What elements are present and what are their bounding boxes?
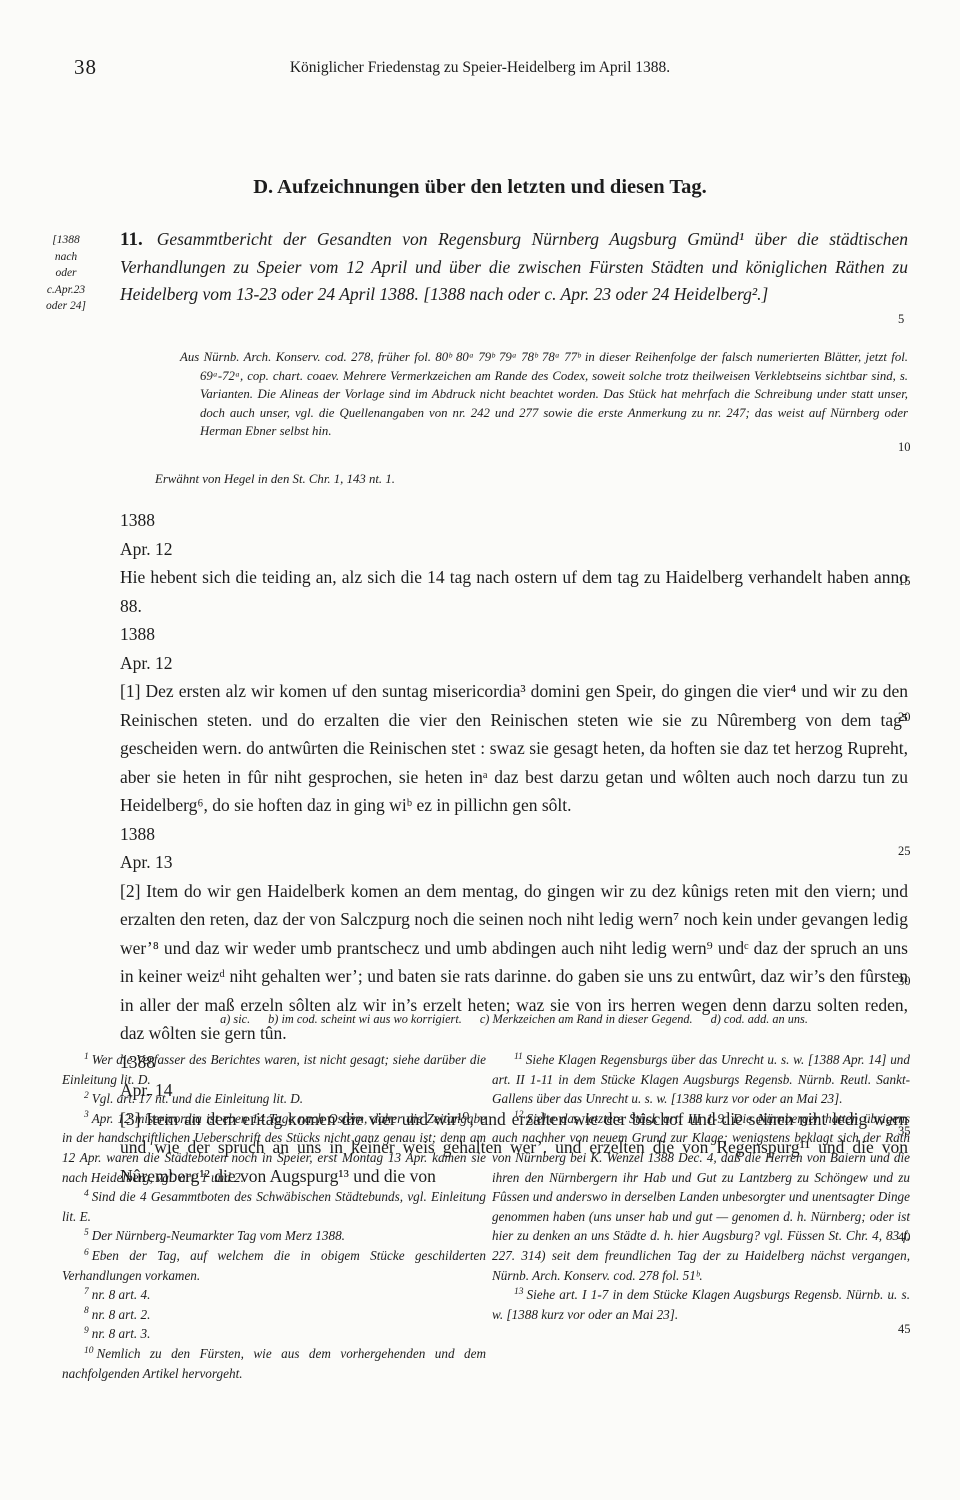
apparatus-item: c) Merkzeichen am Rand in dieser Gegend. <box>471 1012 702 1026</box>
footnote-text: Siehe Klagen Regensburgs über das Unrech… <box>492 1052 910 1106</box>
footnote-number: 10 <box>84 1346 97 1356</box>
footnote-number: 11 <box>514 1052 526 1062</box>
footnote-number: 1 <box>84 1052 92 1062</box>
footnote-text: Apr. 12 misericordia ist eben 14 Tage na… <box>62 1111 486 1185</box>
footnote-text: nr. 8 art. 4. <box>92 1287 151 1302</box>
body-paragraph-text: [1] Dez ersten alz wir komen uf den sunt… <box>120 681 908 815</box>
line-number: 20 <box>898 710 928 725</box>
footnote: 6Eben der Tag, auf welchem die in obigem… <box>62 1246 486 1285</box>
section-title: D. Aufzeichnungen über den letzten und d… <box>0 176 960 199</box>
footnote: 12Siehe das letztere Stück art. III 1-9.… <box>492 1109 910 1285</box>
source-note: Aus Nürnb. Arch. Konserv. cod. 278, früh… <box>180 348 908 441</box>
apparatus-item: b) im cod. scheint wi aus wo korrigiert. <box>259 1012 471 1026</box>
entry-margin-line: oder <box>20 265 112 282</box>
entry-heading: 11.Gesammtbericht der Gesandten von Rege… <box>120 226 908 309</box>
entry-margin-line: oder 24] <box>20 298 112 315</box>
footnote-number: 7 <box>84 1287 92 1297</box>
footnote-text: nr. 8 art. 2. <box>92 1307 151 1322</box>
line-number: 45 <box>898 1322 928 1337</box>
footnote-number: 13 <box>514 1287 527 1297</box>
body-paragraph-text: Hie hebent sich die teiding an, alz sich… <box>120 567 908 616</box>
line-number: 10 <box>898 440 928 455</box>
footnote: 10Nemlich zu den Fürsten, wie aus dem vo… <box>62 1344 486 1383</box>
critical-apparatus: a) sic.b) im cod. scheint wi aus wo korr… <box>120 1012 908 1027</box>
footnote-text: nr. 8 art. 3. <box>92 1326 151 1341</box>
footnote-number: 2 <box>84 1091 92 1101</box>
footnote: 7nr. 8 art. 4. <box>62 1285 486 1305</box>
running-title: Königlicher Friedenstag zu Speier-Heidel… <box>0 59 960 77</box>
footnote-text: Der Nürnberg-Neumarkter Tag vom Merz 138… <box>92 1228 345 1243</box>
line-number: 15 <box>898 574 928 589</box>
apparatus-item: a) sic. <box>211 1012 259 1026</box>
margin-date-day: Apr. 12 <box>120 649 908 678</box>
line-number: 35 <box>898 1124 928 1139</box>
entry-margin-line: [1388 <box>20 232 112 249</box>
footnote: 1Wer die Verfasser des Berichtes waren, … <box>62 1050 486 1089</box>
apparatus-item: d) cod. add. an uns. <box>702 1012 817 1026</box>
footnotes-right-column: 11Siehe Klagen Regensburgs über das Unre… <box>492 1050 910 1324</box>
footnote-number: 6 <box>84 1248 92 1258</box>
footnote: 9nr. 8 art. 3. <box>62 1324 486 1344</box>
footnote-number: 9 <box>84 1326 92 1336</box>
line-number: 25 <box>898 844 928 859</box>
line-number: 30 <box>898 974 928 989</box>
footnote: 11Siehe Klagen Regensburgs über das Unre… <box>492 1050 910 1109</box>
line-number: 40 <box>898 1230 928 1245</box>
margin-date-day: Apr. 13 <box>120 848 908 877</box>
footnote-text: Vgl. art. 17 nt. und die Einleitung lit.… <box>92 1091 303 1106</box>
footnote: 8nr. 8 art. 2. <box>62 1305 486 1325</box>
entry-margin-line: c.Apr.23 <box>20 282 112 299</box>
footnote-number: 12 <box>514 1110 527 1120</box>
footnote: 13Siehe art. I 1-7 in dem Stücke Klagen … <box>492 1285 910 1324</box>
margin-date-day: Apr. 12 <box>120 535 908 564</box>
footnote-text: Nemlich zu den Fürsten, wie aus dem vorh… <box>62 1346 486 1381</box>
footnote-text: Eben der Tag, auf welchem die in obigem … <box>62 1248 486 1283</box>
entry-heading-text: Gesammtbericht der Gesandten von Regensb… <box>120 229 908 304</box>
mention-note: Erwähnt von Hegel in den St. Chr. 1, 143… <box>155 472 395 487</box>
footnote-text: Wer die Verfasser des Berichtes waren, i… <box>62 1052 486 1087</box>
margin-date-year: 1388 <box>120 620 908 649</box>
entry-margin-note: [1388 nach oder c.Apr.23 oder 24] <box>20 232 112 315</box>
footnote-number: 5 <box>84 1228 92 1238</box>
page: { "page": { "number": "38", "running_tit… <box>0 0 960 1500</box>
footnote-text: Sind die 4 Gesammtboten des Schwäbischen… <box>62 1189 486 1224</box>
footnotes-left-column: 1Wer die Verfasser des Berichtes waren, … <box>62 1050 486 1383</box>
footnote: 4Sind die 4 Gesammtboten des Schwäbische… <box>62 1187 486 1226</box>
footnote: 2Vgl. art. 17 nt. und die Einleitung lit… <box>62 1089 486 1109</box>
margin-date-year: 1388 <box>120 506 908 535</box>
footnote-text: Siehe das letztere Stück art. III 1-9. D… <box>492 1111 910 1283</box>
line-number: 5 <box>898 312 928 327</box>
entry-margin-line: nach <box>20 249 112 266</box>
footnote-text: Siehe art. I 1-7 in dem Stücke Klagen Au… <box>492 1287 910 1322</box>
margin-date-year: 1388 <box>120 820 908 849</box>
footnote-number: 8 <box>84 1306 92 1316</box>
entry-number: 11. <box>120 229 157 250</box>
footnote: 5Der Nürnberg-Neumarkter Tag vom Merz 13… <box>62 1226 486 1246</box>
footnote-number: 3 <box>84 1110 92 1120</box>
footnote-number: 4 <box>84 1189 92 1199</box>
footnote: 3Apr. 12 misericordia ist eben 14 Tage n… <box>62 1109 486 1187</box>
